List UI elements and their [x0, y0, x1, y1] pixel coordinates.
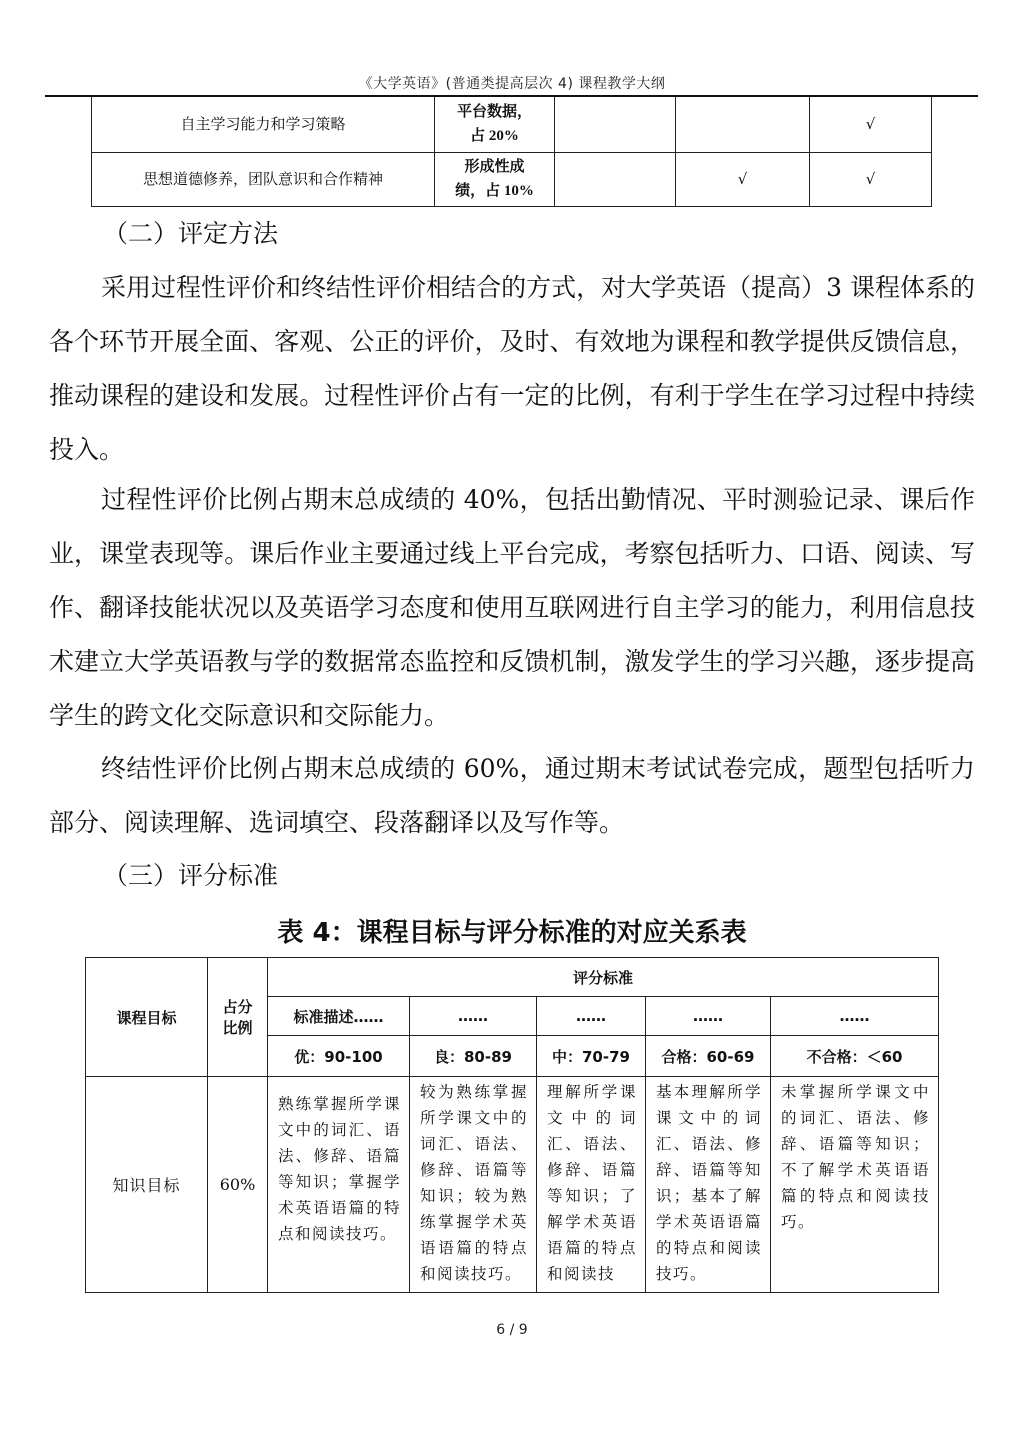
section-heading-evaluation-method: （二）评定方法: [103, 219, 278, 249]
objective-cell: 思想道德修养，团队意识和合作精神: [92, 152, 435, 206]
header-desc: ……: [771, 997, 939, 1036]
table-caption: 表 4：课程目标与评分标准的对应关系表: [0, 912, 1024, 949]
table-row: 自主学习能力和学习策略 平台数据，占 20% √: [92, 97, 932, 152]
check-cell: √: [810, 97, 932, 152]
header-desc: ……: [537, 997, 646, 1036]
header-grade-excellent: 优：90-100: [268, 1036, 410, 1077]
grade-desc-cell: 熟练掌握所学课文中的词汇、语法、修辞、语篇等知识；掌握学术英语语篇的特点和阅读技…: [268, 1077, 410, 1293]
assessment-mapping-table-continued: 自主学习能力和学习策略 平台数据，占 20% √ 思想道德修养，团队意识和合作精…: [91, 97, 932, 207]
paragraph: 终结性评价比例占期末总成绩的 60%，通过期末考试试卷完成，题型包括听力部分、阅…: [49, 742, 975, 850]
weight-cell: 60%: [208, 1077, 268, 1293]
source-cell: 形成性成绩，占 10%: [435, 152, 555, 206]
grade-desc-cell: 基本理解所学课文中的词汇、语法、修辞、语篇等知识；基本了解学术英语语篇的特点和阅…: [646, 1077, 771, 1293]
header-grade-fail: 不合格：＜60: [771, 1036, 939, 1077]
header-desc: 标准描述……: [268, 997, 410, 1036]
check-cell: √: [810, 152, 932, 206]
grade-desc-cell: 理解所学课文中的词汇、语法、修辞、语篇等知识；了解学术英语语篇的特点和阅读技: [537, 1077, 646, 1293]
check-cell: √: [676, 152, 810, 206]
page-number: 6 / 9: [0, 1322, 1024, 1338]
grade-desc-cell: 未掌握所学课文中的词汇、语法、修辞、语篇等知识；不了解学术英语语篇的特点和阅读技…: [771, 1077, 939, 1293]
table-row: 思想道德修养，团队意识和合作精神 形成性成绩，占 10% √ √: [92, 152, 932, 206]
table-header-row: 课程目标 占分比例 评分标准: [86, 958, 939, 997]
grading-standards-table: 课程目标 占分比例 评分标准 标准描述…… …… …… …… …… 优：90-1…: [85, 957, 939, 1293]
check-cell: [555, 152, 676, 206]
table-row: 知识目标 60% 熟练掌握所学课文中的词汇、语法、修辞、语篇等知识；掌握学术英语…: [86, 1077, 939, 1293]
header-grade-medium: 中：70-79: [537, 1036, 646, 1077]
source-cell: 平台数据，占 20%: [435, 97, 555, 152]
running-header: 《大学英语》(普通类提高层次 4) 课程教学大纲: [0, 73, 1024, 93]
section-heading-grading-standards: （三）评分标准: [103, 861, 278, 891]
paragraph: 过程性评价比例占期末总成绩的 40%，包括出勤情况、平时测验记录、课后作业，课堂…: [49, 473, 975, 743]
check-cell: [555, 97, 676, 152]
paragraph: 采用过程性评价和终结性评价相结合的方式，对大学英语（提高）3 课程体系的各个环节…: [49, 261, 975, 477]
objective-cell: 知识目标: [86, 1077, 208, 1293]
header-criteria: 评分标准: [268, 958, 939, 997]
header-objective: 课程目标: [86, 958, 208, 1077]
check-cell: [676, 97, 810, 152]
header-weight: 占分比例: [208, 958, 268, 1077]
header-desc: ……: [410, 997, 537, 1036]
header-grade-good: 良：80-89: [410, 1036, 537, 1077]
header-desc: ……: [646, 997, 771, 1036]
objective-cell: 自主学习能力和学习策略: [92, 97, 435, 152]
header-grade-pass: 合格：60-69: [646, 1036, 771, 1077]
grade-desc-cell: 较为熟练掌握所学课文中的词汇、语法、修辞、语篇等知识；较为熟练掌握学术英语语篇的…: [410, 1077, 537, 1293]
